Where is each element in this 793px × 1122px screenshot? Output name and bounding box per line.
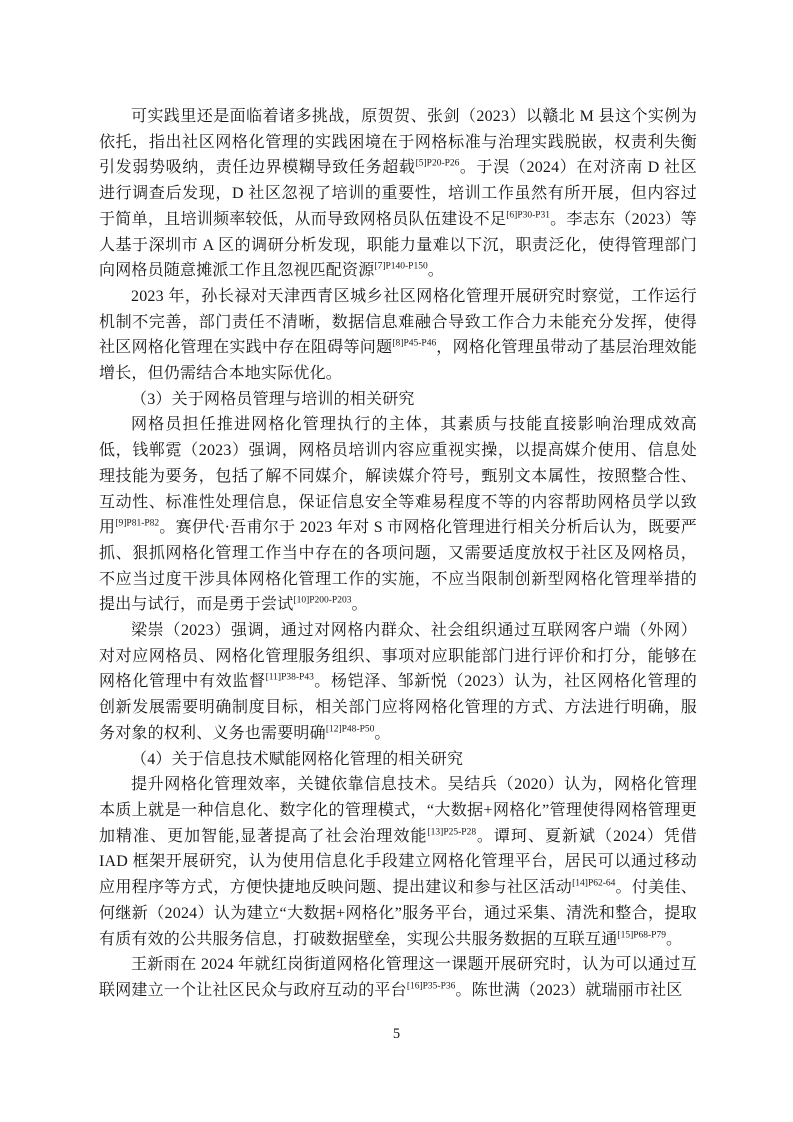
body-paragraph: 可实践里还是面临着诸多挑战，原贺贺、张剑（2023）以赣北 M 县这个实例为依托… xyxy=(99,104,697,284)
document-body: 可实践里还是面临着诸多挑战，原贺贺、张剑（2023）以赣北 M 县这个实例为依托… xyxy=(99,104,697,1004)
citation-superscript: [16]P35-P36 xyxy=(407,982,456,992)
body-paragraph: 提升网格化管理效率，关键依靠信息技术。吴结兵（2020）认为，网格化管理本质上就… xyxy=(99,772,697,952)
citation-superscript: [7]P140-P150 xyxy=(374,262,427,272)
body-paragraph: 梁崇（2023）强调，通过对网格内群众、社会组织通过互联网客户端（外网）对对应网… xyxy=(99,618,697,747)
citation-superscript: [11]P38-P43 xyxy=(266,673,314,683)
body-paragraph: 2023 年，孙长禄对天津西青区城乡社区网格化管理开展研究时察觉，工作运行机制不… xyxy=(99,284,697,387)
text-run: 。 xyxy=(666,931,682,948)
text-run: 。陈世满（2023）就瑞丽市社区 xyxy=(455,982,682,999)
text-run: 。赛伊代·吾甫尔于 2023 年对 S 市网格化管理进行相关分析后认为，既要严抓… xyxy=(99,519,697,613)
citation-superscript: [9]P81-P82 xyxy=(115,519,159,529)
citation-superscript: [6]P30-P31 xyxy=(506,210,550,220)
citation-superscript: [14]P62-64 xyxy=(572,879,615,889)
document-page: 可实践里还是面临着诸多挑战，原贺贺、张剑（2023）以赣北 M 县这个实例为依托… xyxy=(0,0,793,1122)
page-number: 5 xyxy=(0,1026,793,1043)
citation-superscript: [13]P25-P28 xyxy=(428,827,477,837)
citation-superscript: [8]P45-P46 xyxy=(392,339,436,349)
body-paragraph: 王新雨在 2024 年就红岗街道网格化管理这一课题开展研究时，认为可以通过互联网… xyxy=(99,952,697,1003)
text-run: 。 xyxy=(351,596,367,613)
citation-superscript: [12]P48-P50 xyxy=(326,725,375,735)
text-run: 。 xyxy=(428,262,444,279)
citation-superscript: [15]P68-P79 xyxy=(617,930,666,940)
section-heading: （3）关于网格员管理与培训的相关研究 xyxy=(99,387,697,413)
citation-superscript: [10]P200-P203 xyxy=(293,596,351,606)
body-paragraph: 网格员担任推进网格化管理执行的主体，其素质与技能直接影响治理成效高低，钱郸霓（2… xyxy=(99,412,697,618)
text-run: （4）关于信息技术赋能网格化管理的相关研究 xyxy=(131,751,463,768)
text-run: （3）关于网格员管理与培训的相关研究 xyxy=(131,391,415,408)
section-heading: （4）关于信息技术赋能网格化管理的相关研究 xyxy=(99,747,697,773)
text-run: 。 xyxy=(374,725,390,742)
citation-superscript: [5]P20-P26 xyxy=(416,159,460,169)
